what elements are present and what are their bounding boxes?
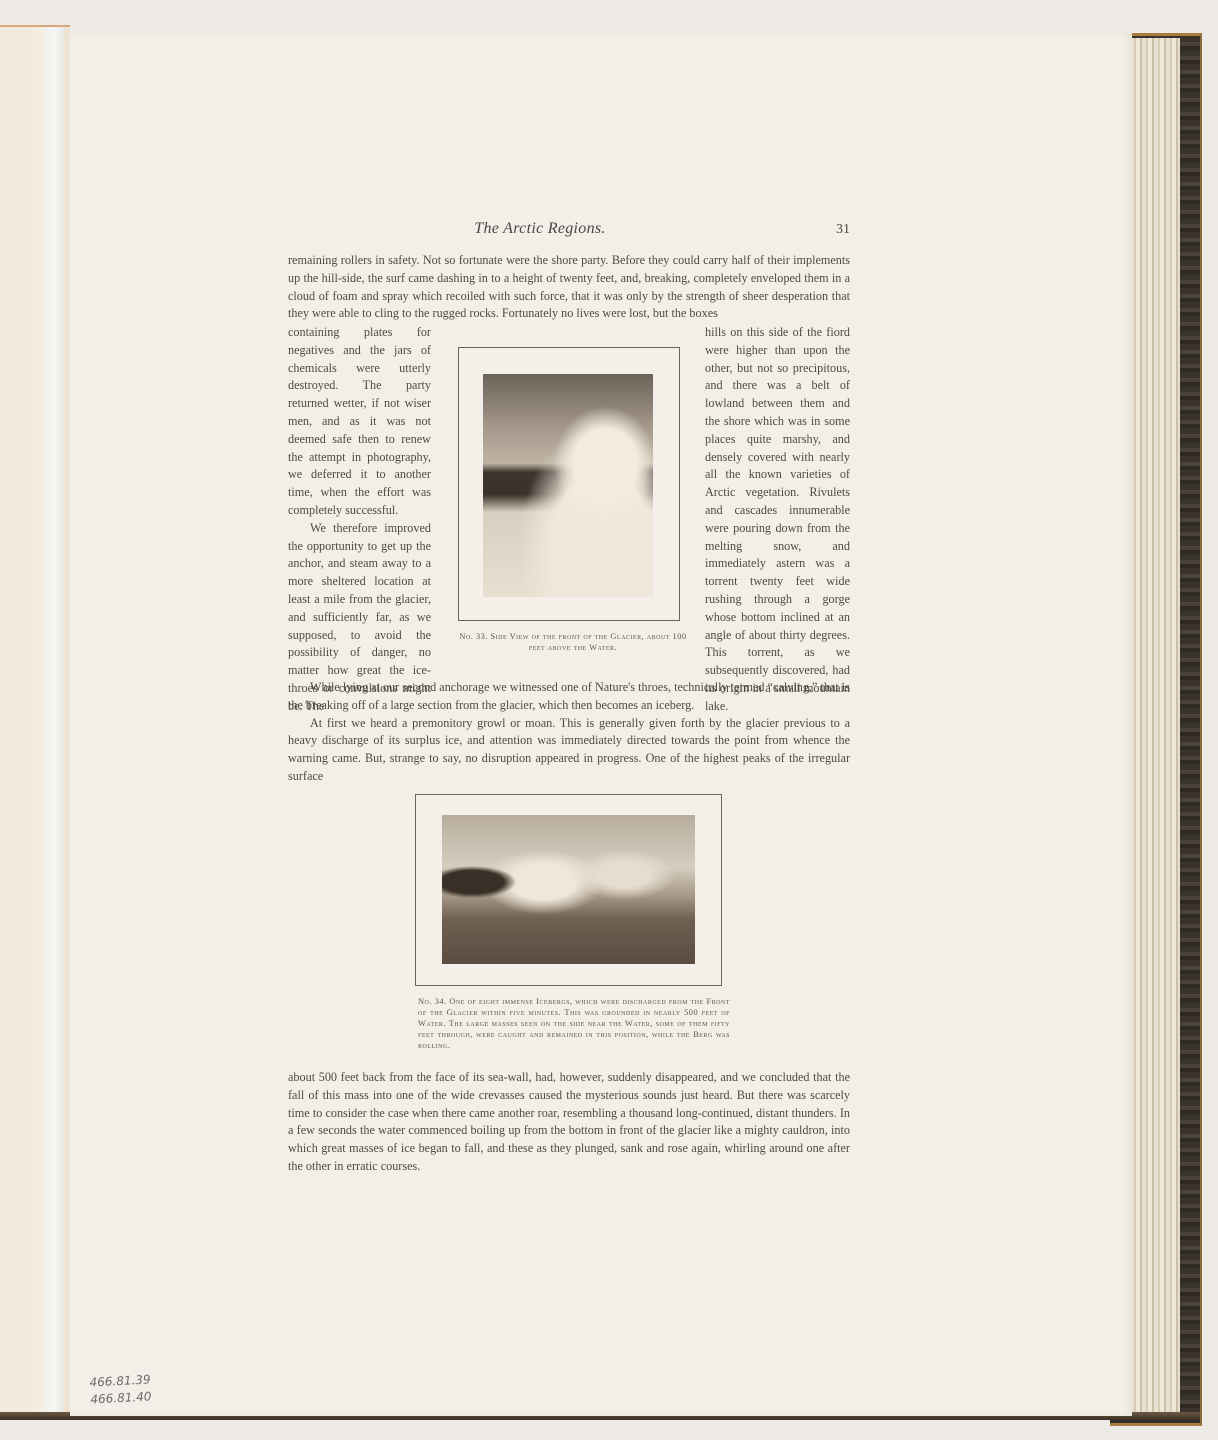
plate-number: No. 34.: [418, 997, 447, 1006]
accession-number: 466.81.40: [90, 1388, 152, 1408]
paragraph-bottom: about 500 feet back from the face of its…: [288, 1069, 850, 1176]
paragraph-top: remaining rollers in safety. Not so fort…: [288, 252, 850, 323]
caption-text: One of eight immense Icebergs, which wer…: [418, 997, 730, 1050]
gutter-strip: [32, 27, 44, 1417]
paragraph-text: While lying at our second anchorage we w…: [288, 679, 850, 715]
running-title: The Arctic Regions.: [300, 220, 780, 238]
left-column: containing plates for negatives and the …: [288, 324, 431, 716]
right-column-paragraph: hills on this side of the fiord were hig…: [705, 324, 850, 716]
paragraph-text: about 500 feet back from the face of its…: [288, 1069, 850, 1176]
glacier-photo: [483, 374, 653, 597]
paragraph-text: At first we heard a premonitory growl or…: [288, 715, 850, 786]
plate-34-frame: [415, 794, 722, 986]
book-page: The Arctic Regions. 31 remaining rollers…: [70, 33, 1132, 1416]
caption-text: Side View of the front of the Glacier, a…: [491, 632, 687, 652]
accession-numbers: 466.81.39 466.81.40: [89, 1371, 152, 1408]
paragraph-text: remaining rollers in safety. Not so fort…: [288, 252, 850, 323]
paragraph-calving: While lying at our second anchorage we w…: [288, 679, 850, 786]
left-column-paragraph-1: containing plates for negatives and the …: [288, 324, 431, 520]
plate-34-caption: No. 34. One of eight immense Icebergs, w…: [418, 996, 730, 1051]
page-stack-edges: [1130, 38, 1180, 1418]
plate-33-caption: No. 33. Side View of the front of the Gl…: [458, 631, 688, 653]
binding-tape: [44, 27, 64, 1417]
page-number: 31: [830, 222, 850, 238]
plate-number: No. 33.: [459, 632, 488, 641]
plate-33-frame: [458, 347, 680, 621]
iceberg-photo: [442, 815, 695, 964]
right-column: hills on this side of the fiord were hig…: [705, 324, 850, 716]
left-page-edge: [0, 25, 70, 1417]
